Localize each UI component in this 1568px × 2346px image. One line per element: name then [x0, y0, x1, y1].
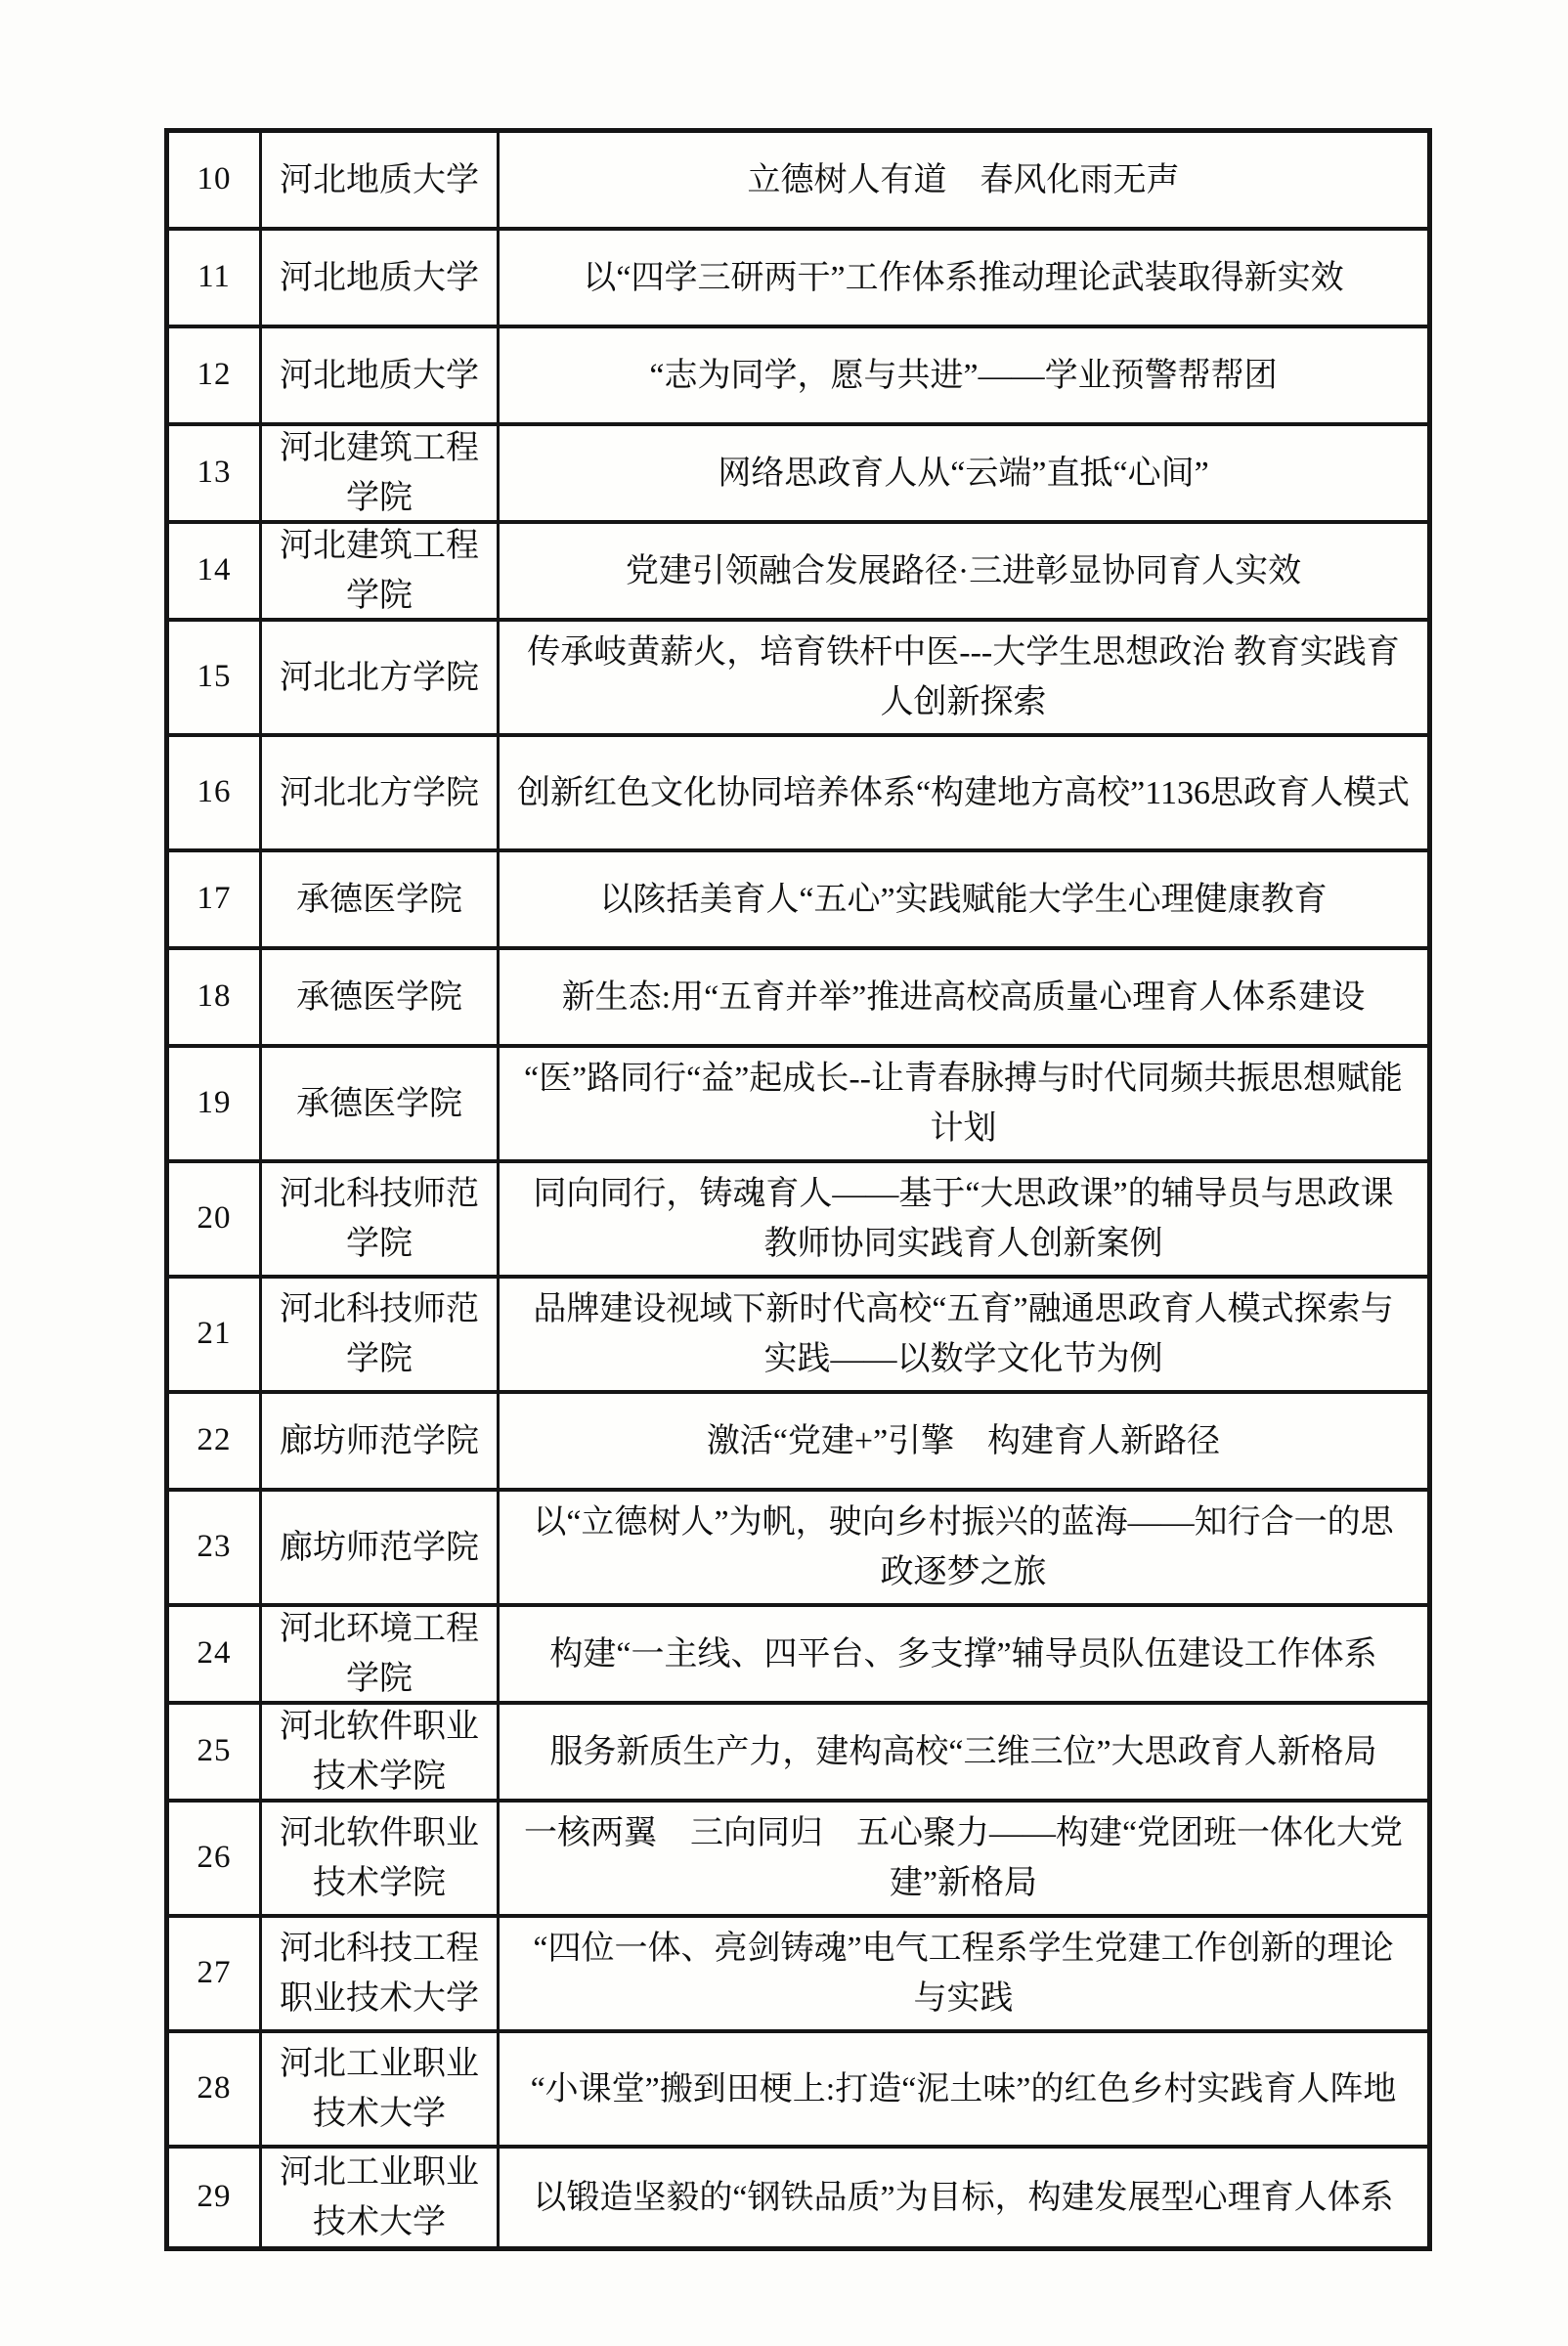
row-number-cell: 21 [169, 1279, 262, 1390]
school-cell: 河北北方学院 [262, 622, 500, 733]
school-cell: 河北工业职业技术大学 [262, 2033, 500, 2145]
row-number-cell: 24 [169, 1607, 262, 1701]
title-cell: 服务新质生产力，建构高校“三维三位”大思政育人新格局 [500, 1705, 1427, 1799]
school-cell: 河北科技工程职业技术大学 [262, 1918, 500, 2029]
title-cell: 创新红色文化协同培养体系“构建地方高校”1136思政育人模式 [500, 737, 1427, 848]
school-cell: 河北环境工程学院 [262, 1607, 500, 1701]
title-cell: 以“立德树人”为帆，驶向乡村振兴的蓝海——知行合一的思政逐梦之旅 [500, 1492, 1427, 1603]
table-row: 12 河北地质大学 “志为同学，愿与共进”——学业预警帮帮团 [169, 328, 1427, 426]
school-cell: 河北建筑工程学院 [262, 524, 500, 618]
row-number-cell: 11 [169, 231, 262, 325]
title-cell: “医”路同行“益”起成长--让青春脉搏与时代同频共振思想赋能计划 [500, 1048, 1427, 1159]
table-row: 24 河北环境工程学院 构建“一主线、四平台、多支撑”辅导员队伍建设工作体系 [169, 1607, 1427, 1705]
title-cell: 激活“党建+”引擎 构建育人新路径 [500, 1394, 1427, 1488]
table-row: 21 河北科技师范学院 品牌建设视域下新时代高校“五育”融通思政育人模式探索与实… [169, 1279, 1427, 1394]
row-number-cell: 26 [169, 1803, 262, 1914]
title-cell: 一核两翼 三向同归 五心聚力——构建“党团班一体化大党建”新格局 [500, 1803, 1427, 1914]
table-row: 13 河北建筑工程学院 网络思政育人从“云端”直抵“心间” [169, 426, 1427, 524]
row-number-cell: 20 [169, 1163, 262, 1275]
row-number-cell: 17 [169, 852, 262, 946]
title-cell: 以锻造坚毅的“钢铁品质”为目标，构建发展型心理育人体系 [500, 2149, 1427, 2246]
school-cell: 河北科技师范学院 [262, 1163, 500, 1275]
table-row: 23 廊坊师范学院 以“立德树人”为帆，驶向乡村振兴的蓝海——知行合一的思政逐梦… [169, 1492, 1427, 1607]
table-row: 26 河北软件职业技术学院 一核两翼 三向同归 五心聚力——构建“党团班一体化大… [169, 1803, 1427, 1918]
title-cell: “小课堂”搬到田梗上:打造“泥土味”的红色乡村实践育人阵地 [500, 2033, 1427, 2145]
school-cell: 廊坊师范学院 [262, 1492, 500, 1603]
title-cell: “四位一体、亮剑铸魂”电气工程系学生党建工作创新的理论与实践 [500, 1918, 1427, 2029]
school-cell: 河北地质大学 [262, 231, 500, 325]
title-cell: 以陔括美育人“五心”实践赋能大学生心理健康教育 [500, 852, 1427, 946]
title-cell: 传承岐黄薪火，培育铁杆中医---大学生思想政治 教育实践育人创新探索 [500, 622, 1427, 733]
school-cell: 河北科技师范学院 [262, 1279, 500, 1390]
table-row: 18 承德医学院 新生态:用“五育并举”推进高校高质量心理育人体系建设 [169, 950, 1427, 1048]
title-cell: 品牌建设视域下新时代高校“五育”融通思政育人模式探索与实践——以数学文化节为例 [500, 1279, 1427, 1390]
school-cell: 河北建筑工程学院 [262, 426, 500, 520]
school-cell: 河北地质大学 [262, 133, 500, 227]
title-cell: 同向同行，铸魂育人——基于“大思政课”的辅导员与思政课教师协同实践育人创新案例 [500, 1163, 1427, 1275]
row-number-cell: 23 [169, 1492, 262, 1603]
title-cell: 新生态:用“五育并举”推进高校高质量心理育人体系建设 [500, 950, 1427, 1044]
school-cell: 河北工业职业技术大学 [262, 2149, 500, 2246]
table-row: 27 河北科技工程职业技术大学 “四位一体、亮剑铸魂”电气工程系学生党建工作创新… [169, 1918, 1427, 2033]
row-number-cell: 19 [169, 1048, 262, 1159]
row-number-cell: 25 [169, 1705, 262, 1799]
title-cell: 网络思政育人从“云端”直抵“心间” [500, 426, 1427, 520]
school-cell: 承德医学院 [262, 852, 500, 946]
row-number-cell: 13 [169, 426, 262, 520]
table-row: 10 河北地质大学 立德树人有道 春风化雨无声 [169, 133, 1427, 231]
school-cell: 河北北方学院 [262, 737, 500, 848]
row-number-cell: 14 [169, 524, 262, 618]
row-number-cell: 22 [169, 1394, 262, 1488]
row-number-cell: 18 [169, 950, 262, 1044]
school-cell: 承德医学院 [262, 1048, 500, 1159]
school-cell: 廊坊师范学院 [262, 1394, 500, 1488]
row-number-cell: 16 [169, 737, 262, 848]
title-cell: “志为同学，愿与共进”——学业预警帮帮团 [500, 328, 1427, 422]
school-cell: 河北地质大学 [262, 328, 500, 422]
awards-table: 10 河北地质大学 立德树人有道 春风化雨无声 11 河北地质大学 以“四学三研… [164, 128, 1432, 2251]
document-page: 10 河北地质大学 立德树人有道 春风化雨无声 11 河北地质大学 以“四学三研… [0, 0, 1568, 2346]
row-number-cell: 29 [169, 2149, 262, 2246]
row-number-cell: 12 [169, 328, 262, 422]
table-row: 11 河北地质大学 以“四学三研两干”工作体系推动理论武装取得新实效 [169, 231, 1427, 328]
table-row: 28 河北工业职业技术大学 “小课堂”搬到田梗上:打造“泥土味”的红色乡村实践育… [169, 2033, 1427, 2149]
school-cell: 河北软件职业技术学院 [262, 1705, 500, 1799]
title-cell: 党建引领融合发展路径·三进彰显协同育人实效 [500, 524, 1427, 618]
table-row: 14 河北建筑工程学院 党建引领融合发展路径·三进彰显协同育人实效 [169, 524, 1427, 622]
row-number-cell: 10 [169, 133, 262, 227]
title-cell: 以“四学三研两干”工作体系推动理论武装取得新实效 [500, 231, 1427, 325]
table-row: 15 河北北方学院 传承岐黄薪火，培育铁杆中医---大学生思想政治 教育实践育人… [169, 622, 1427, 737]
title-cell: 立德树人有道 春风化雨无声 [500, 133, 1427, 227]
table-row: 20 河北科技师范学院 同向同行，铸魂育人——基于“大思政课”的辅导员与思政课教… [169, 1163, 1427, 1279]
school-cell: 承德医学院 [262, 950, 500, 1044]
title-cell: 构建“一主线、四平台、多支撑”辅导员队伍建设工作体系 [500, 1607, 1427, 1701]
row-number-cell: 28 [169, 2033, 262, 2145]
table-row: 22 廊坊师范学院 激活“党建+”引擎 构建育人新路径 [169, 1394, 1427, 1492]
row-number-cell: 27 [169, 1918, 262, 2029]
table-row: 25 河北软件职业技术学院 服务新质生产力，建构高校“三维三位”大思政育人新格局 [169, 1705, 1427, 1803]
row-number-cell: 15 [169, 622, 262, 733]
table-row: 19 承德医学院 “医”路同行“益”起成长--让青春脉搏与时代同频共振思想赋能计… [169, 1048, 1427, 1163]
school-cell: 河北软件职业技术学院 [262, 1803, 500, 1914]
table-row: 17 承德医学院 以陔括美育人“五心”实践赋能大学生心理健康教育 [169, 852, 1427, 950]
table-row: 16 河北北方学院 创新红色文化协同培养体系“构建地方高校”1136思政育人模式 [169, 737, 1427, 852]
table-row: 29 河北工业职业技术大学 以锻造坚毅的“钢铁品质”为目标，构建发展型心理育人体… [169, 2149, 1427, 2246]
